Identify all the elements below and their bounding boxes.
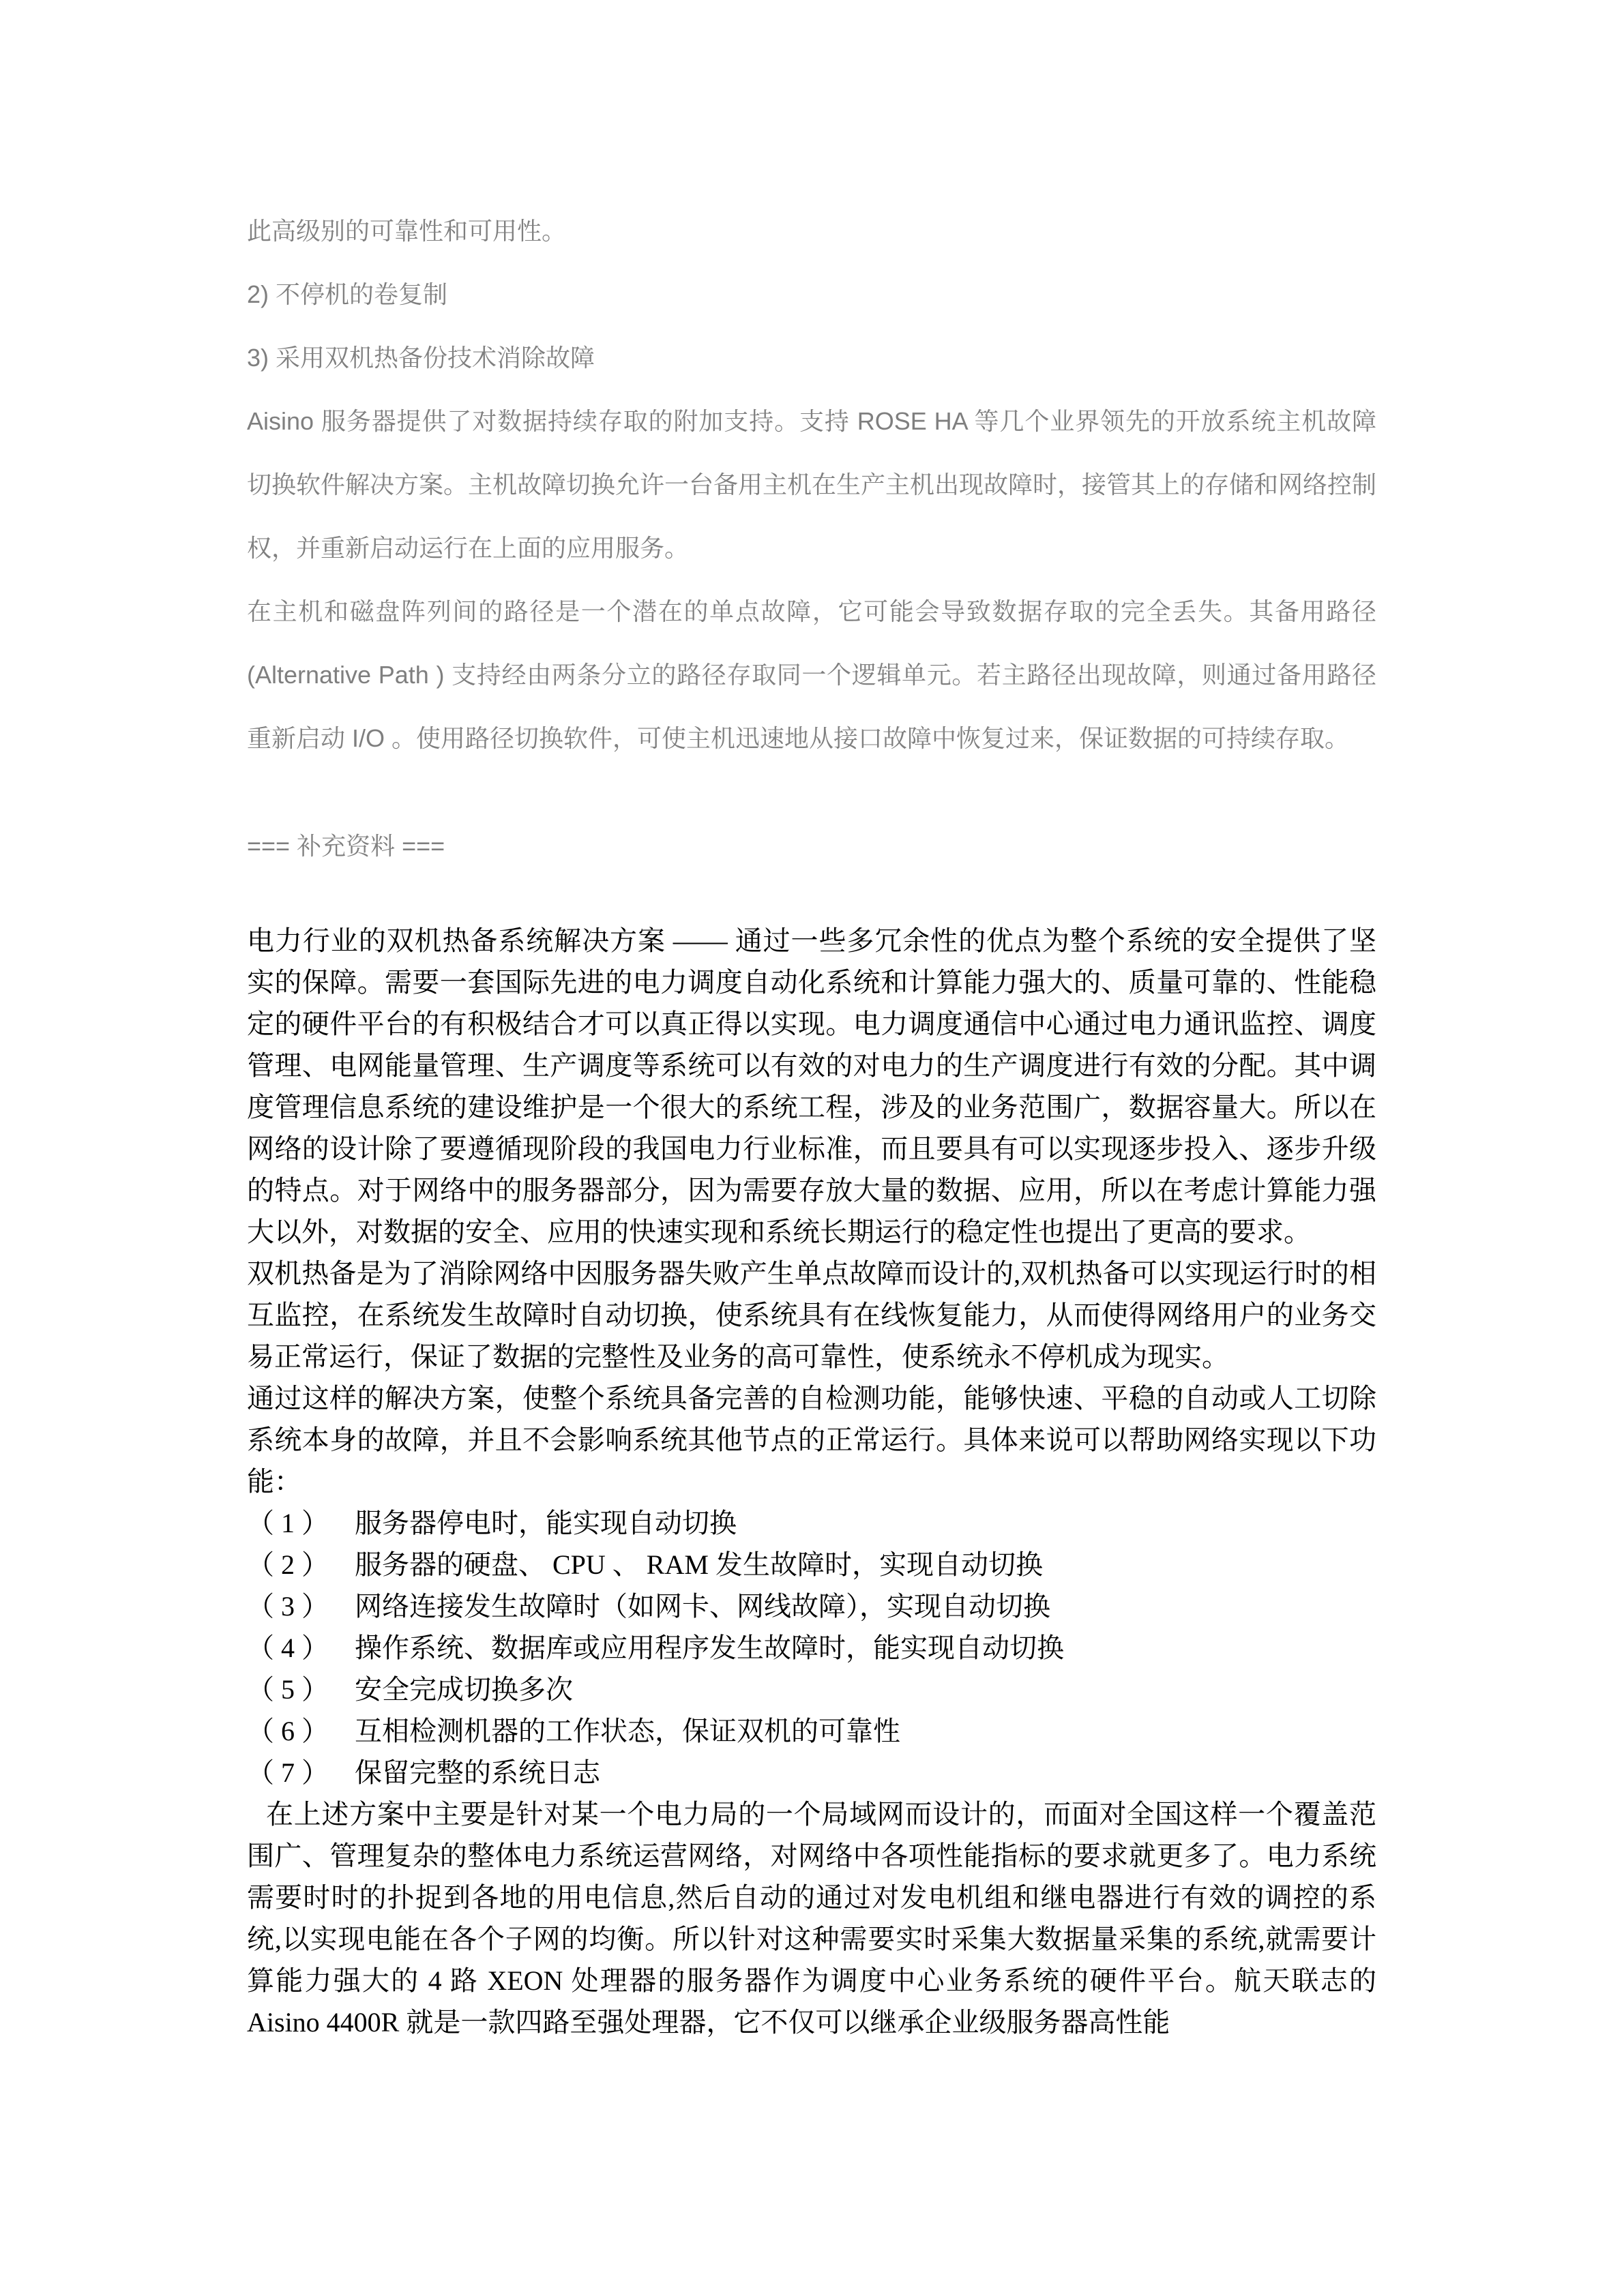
paragraph-alternative-path: 在主机和磁盘阵列间的路径是一个潜在的单点故障，它可能会导致数据存取的完全丢失。其… bbox=[247, 580, 1376, 770]
list-item: （ 1 ） 服务器停电时，能实现自动切换 bbox=[247, 1502, 1376, 1544]
list-item: （ 5 ） 安全完成切换多次 bbox=[247, 1669, 1376, 1710]
feature-list: （ 1 ） 服务器停电时，能实现自动切换 （ 2 ） 服务器的硬盘、 CPU 、… bbox=[247, 1502, 1376, 1793]
list-item-text: 服务器的硬盘、 CPU 、 RAM 发生故障时，实现自动切换 bbox=[355, 1544, 1043, 1585]
paragraph-self-detection: 通过这样的解决方案，使整个系统具备完善的自检测功能，能够快速、平稳的自动或人工切… bbox=[247, 1377, 1376, 1502]
list-item-text: 安全完成切换多次 bbox=[355, 1669, 573, 1710]
document-page: 此高级别的可靠性和可用性。 2) 不停机的卷复制 3) 采用双机热备份技术消除故… bbox=[0, 0, 1624, 2296]
list-item-number: （ 4 ） bbox=[247, 1627, 329, 1669]
numbered-point-3: 3) 采用双机热备份技术消除故障 bbox=[247, 326, 1376, 389]
supplement-section: 电力行业的双机热备系统解决方案 —— 通过一些多冗余性的优点为整个系统的安全提供… bbox=[247, 920, 1376, 2043]
list-item-number: （ 7 ） bbox=[247, 1752, 329, 1793]
continuation-paragraph: 此高级别的可靠性和可用性。 bbox=[247, 199, 1376, 263]
paragraph-aisino-rose-ha: Aisino 服务器提供了对数据持续存取的附加支持。支持 ROSE HA 等几个… bbox=[247, 389, 1376, 580]
list-item-text: 网络连接发生故障时（如网卡、网线故障），实现自动切换 bbox=[355, 1585, 1050, 1627]
list-item-number: （ 1 ） bbox=[247, 1502, 329, 1544]
list-item-text: 服务器停电时，能实现自动切换 bbox=[355, 1502, 737, 1544]
list-item: （ 6 ） 互相检测机器的工作状态，保证双机的可靠性 bbox=[247, 1710, 1376, 1752]
list-item: （ 4 ） 操作系统、数据库或应用程序发生故障时，能实现自动切换 bbox=[247, 1627, 1376, 1669]
list-item-number: （ 3 ） bbox=[247, 1585, 329, 1627]
paragraph-power-industry-solution: 电力行业的双机热备系统解决方案 —— 通过一些多冗余性的优点为整个系统的安全提供… bbox=[247, 920, 1376, 1253]
list-item-text: 保留完整的系统日志 bbox=[355, 1752, 600, 1793]
list-item-number: （ 2 ） bbox=[247, 1544, 329, 1585]
list-item-text: 操作系统、数据库或应用程序发生故障时，能实现自动切换 bbox=[355, 1627, 1064, 1669]
supplement-separator-heading: === 补充资料 === bbox=[247, 814, 1376, 878]
paragraph-dual-machine-hot-standby: 双机热备是为了消除网络中因服务器失败产生单点故障而设计的,双机热备可以实现运行时… bbox=[247, 1253, 1376, 1377]
list-item-text: 互相检测机器的工作状态，保证双机的可靠性 bbox=[355, 1710, 900, 1752]
list-item-number: （ 5 ） bbox=[247, 1669, 329, 1710]
list-item: （ 3 ） 网络连接发生故障时（如网卡、网线故障），实现自动切换 bbox=[247, 1585, 1376, 1627]
numbered-point-2: 2) 不停机的卷复制 bbox=[247, 263, 1376, 326]
continuation-section: 此高级别的可靠性和可用性。 2) 不停机的卷复制 3) 采用双机热备份技术消除故… bbox=[247, 199, 1376, 878]
list-item-number: （ 6 ） bbox=[247, 1710, 329, 1752]
list-item: （ 2 ） 服务器的硬盘、 CPU 、 RAM 发生故障时，实现自动切换 bbox=[247, 1544, 1376, 1585]
list-item: （ 7 ） 保留完整的系统日志 bbox=[247, 1752, 1376, 1793]
paragraph-closing-xeon: 在上述方案中主要是针对某一个电力局的一个局域网而设计的，而面对全国这样一个覆盖范… bbox=[247, 1793, 1376, 2043]
